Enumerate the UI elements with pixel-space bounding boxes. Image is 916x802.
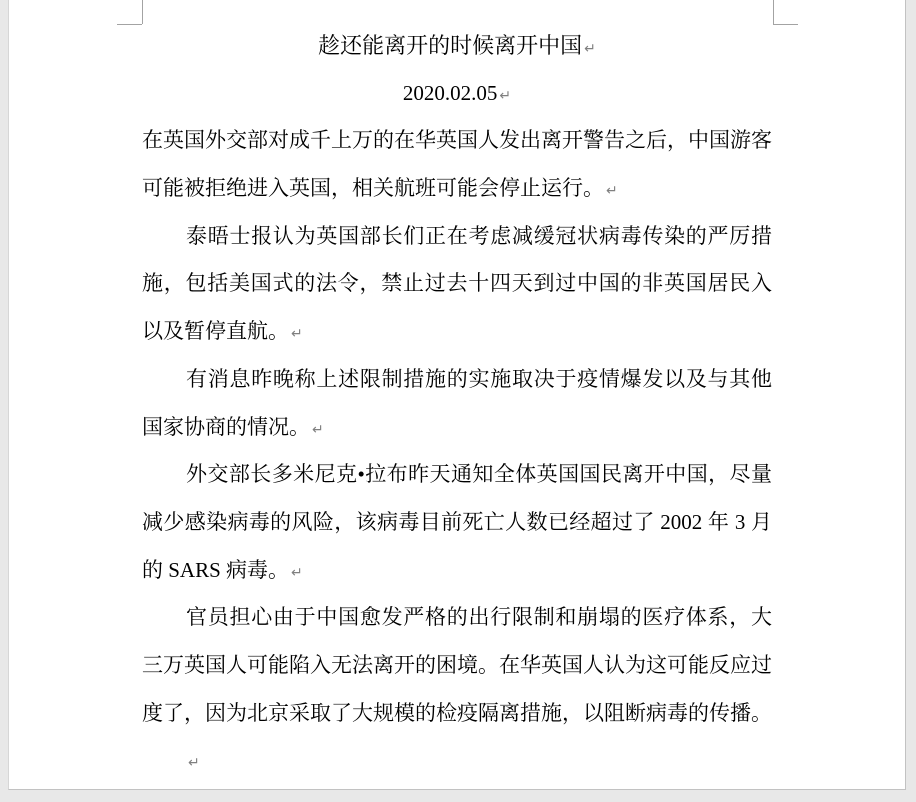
p1-line2[interactable]: 可能被拒绝进入英国，相关航班可能会停止运行。↵ — [142, 165, 772, 213]
paragraph-mark-icon: ↵ — [312, 422, 324, 438]
paragraph-mark-icon: ↵ — [499, 88, 511, 104]
p2-line2[interactable]: 施，包括美国式的法令，禁止过去十四天到过中国的非英国居民入境， — [142, 260, 772, 308]
paragraph-mark-icon: ↵ — [584, 41, 596, 57]
p5-line2[interactable]: 三万英国人可能陷入无法离开的困境。在华英国人认为这可能反应过 — [142, 642, 772, 690]
p4-line1[interactable]: 外交部长多米尼克•拉布昨天通知全体英国国民离开中国，尽量 — [142, 451, 772, 499]
p3-line1[interactable]: 有消息昨晚称上述限制措施的实施取决于疫情爆发以及与其他 — [142, 356, 772, 404]
p1-line1[interactable]: 在英国外交部对成千上万的在华英国人发出离开警告之后，中国游客 — [142, 117, 772, 165]
document-date[interactable]: 2020.02.05↵ — [142, 70, 772, 118]
page[interactable]: 趁还能离开的时候离开中国↵ 2020.02.05↵ 在英国外交部对成千上万的在华… — [8, 0, 906, 790]
paragraph-mark-icon: ↵ — [291, 326, 303, 342]
crop-mark-horizontal-line — [117, 24, 142, 25]
document-canvas: 趁还能离开的时候离开中国↵ 2020.02.05↵ 在英国外交部对成千上万的在华… — [0, 0, 916, 802]
crop-mark-horizontal-line — [773, 24, 798, 25]
p3-line2[interactable]: 国家协商的情况。↵ — [142, 404, 772, 452]
p5-line1[interactable]: 官员担心由于中国愈发严格的出行限制和崩塌的医疗体系，大约 — [142, 594, 772, 642]
title-text: 趁还能离开的时候离开中国 — [318, 33, 582, 58]
crop-mark-vertical-line — [773, 0, 774, 24]
empty-paragraph[interactable]: ↵ — [142, 737, 772, 785]
p4-line2[interactable]: 减少感染病毒的风险，该病毒目前死亡人数已经超过了 2002 年 3 月 — [142, 499, 772, 547]
document-body: 趁还能离开的时候离开中国↵ 2020.02.05↵ 在英国外交部对成千上万的在华… — [142, 22, 772, 785]
p4-line3[interactable]: 的 SARS 病毒。↵ — [142, 547, 772, 595]
paragraph-mark-icon: ↵ — [188, 755, 200, 771]
paragraph-mark-icon: ↵ — [291, 565, 303, 581]
date-text: 2020.02.05 — [403, 81, 498, 105]
p2-line3[interactable]: 以及暂停直航。↵ — [142, 308, 772, 356]
document-title[interactable]: 趁还能离开的时候离开中国↵ — [142, 22, 772, 70]
p2-line1[interactable]: 泰晤士报认为英国部长们正在考虑减缓冠状病毒传染的严厉措 — [142, 213, 772, 261]
crop-mark-vertical-line — [142, 0, 143, 24]
p5-line3[interactable]: 度了，因为北京采取了大规模的检疫隔离措施，以阻断病毒的传播。↵ — [142, 690, 772, 738]
paragraph-mark-icon: ↵ — [606, 183, 618, 199]
